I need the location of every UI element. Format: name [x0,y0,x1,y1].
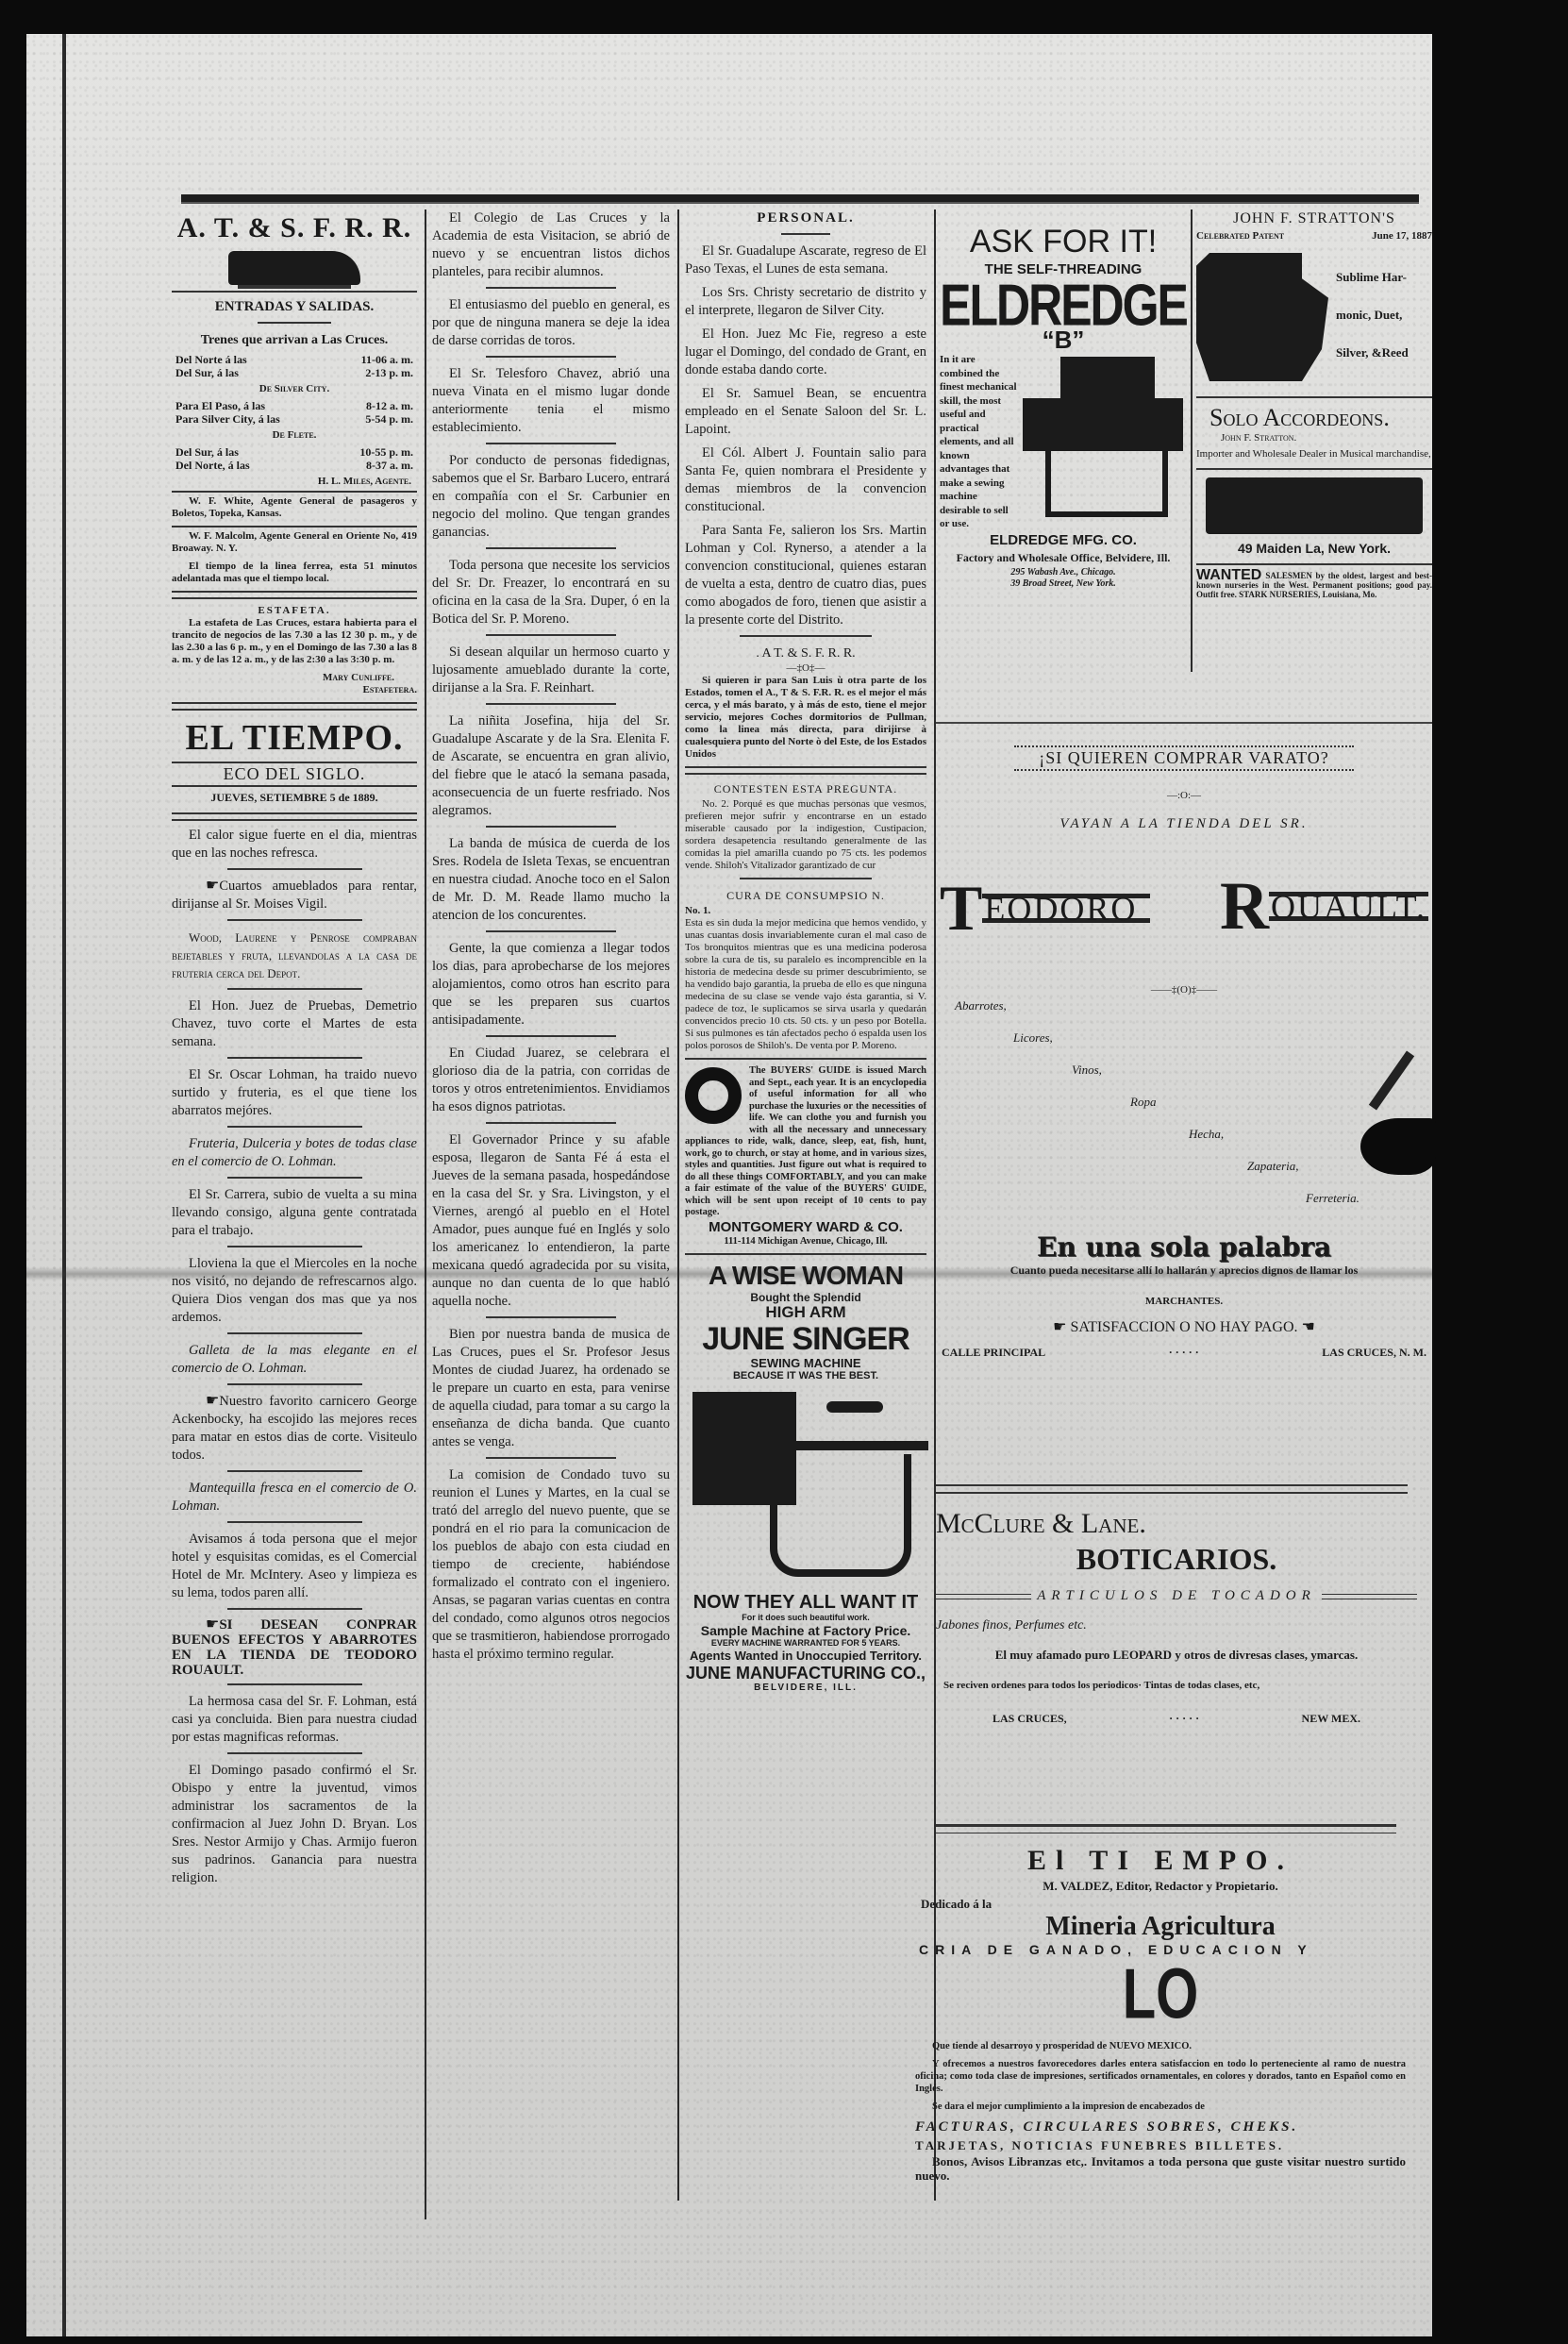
item-separator [227,1608,362,1610]
harmonica-line: monic, Duet, [1336,296,1432,334]
mcclure-state: NEW MEX. [1302,1710,1360,1728]
pointing-hand-icon: ☚ [1302,1320,1315,1333]
item-separator [486,1316,617,1318]
news-item: ☛ SI DESEAN CONPRAR BUENOS EFECTOS Y ABA… [172,1617,417,1678]
satisfaccion: SATISFACCION O NO HAY PAGO. [1070,1319,1297,1335]
news-item: Toda persona que necesite los servicios … [432,557,670,628]
stratton-name: John F. Stratton. [1196,432,1432,444]
june-singer-ad: A WISE WOMAN Bought the Splendid HIGH AR… [685,1261,926,1694]
el-tiempo-ad: El TI EMPO. M. VALDEZ, Editor, Redactor … [915,1845,1406,2188]
eldredge-desc: In it are combined the finest mechanical… [940,353,1019,531]
silver-city-heading: De Silver City. [172,383,417,395]
schedule-time: 8-37 a. m. [366,459,413,472]
schedule-block: Del Norte á las11-06 a. m.Del Sur, á las… [172,353,417,379]
top-rule [181,194,1419,204]
flete-heading: De Flete. [172,429,417,442]
item-separator [486,1457,617,1459]
section-rule [936,1824,1396,1833]
wanted-ad: WANTED SALESMEN by the oldest, largest a… [1196,571,1432,599]
schedule-label: Del Sur, á las [175,366,239,379]
local-news-list: El calor sigue fuerte en el dia, mientra… [172,827,417,1887]
news-item: Para Santa Fe, salieron los Srs. Martin … [685,522,926,629]
section-rule [936,722,1432,724]
news-item: La niñita Josefina, hija del Sr. Guadalu… [432,712,670,820]
column-3: PERSONAL. El Sr. Guadalupe Ascarate, reg… [685,209,926,1694]
item-separator [486,826,617,828]
importer-line: Importer and Wholesale Dealer in Musical… [1196,448,1432,460]
item-separator [486,1122,617,1124]
rouault-rest: OUAULT. [1269,892,1428,921]
marchantes: MARCHANTES. [936,1293,1432,1311]
mineria-agricultura: Mineria Agricultura [915,1913,1406,1941]
vayan-line: VAYAN A LA TIENDA DEL SR. [936,815,1432,833]
trenes-heading: Trenes que arrivan a Las Cruces. [172,331,417,349]
news-item: El Domingo pasado confirmó el Sr. Obispo… [172,1762,417,1887]
eldredge-office: Factory and Wholesale Office, Belvidere,… [940,549,1187,567]
news-list: El Colegio de Las Cruces y la Academia d… [432,209,670,1664]
goods-item: Zapateria, [1247,1157,1299,1175]
news-item: Gente, la que comienza a llegar todos lo… [432,940,670,1030]
entradas-heading: ENTRADAS Y SALIDAS. [172,298,417,316]
wanted-heading: WANTED [1196,571,1261,580]
ornament: —‡O‡— [685,662,926,675]
news-item: El entusiasmo del pueblo en general, es … [432,296,670,350]
news-item: El Governador Prince y su afable esposa,… [432,1131,670,1311]
schedule-label: Para El Paso, á las [175,399,265,412]
tiempo-p1: Que tiende al desarroyo y prosperidad de… [915,2040,1406,2052]
quieren-comprar: ¡SI QUIEREN COMPRAR VARATO? [1014,745,1354,771]
masthead-subtitle: ECO DEL SIGLO. [172,765,417,783]
cuanto-line: Cuanto pueda necesitarse allí lo hallará… [936,1262,1432,1280]
item-separator [227,988,362,990]
item-separator [486,930,617,932]
estafeta-sign: Mary Cunliffe. [172,672,417,684]
news-item: La banda de música de cuerda de los Sres… [432,835,670,925]
news-item: El Sr. Oscar Lohman, ha traido nuevo sur… [172,1066,417,1120]
news-item: Lloviena la que el Miercoles en la noche… [172,1255,417,1327]
rouault-initial: R [1220,871,1269,941]
sewing-machine-image [1023,353,1187,523]
stratton-ad: JOHN F. STRATTON'S Celebrated Patent Jun… [1196,209,1432,599]
news-item: En Ciudad Juarez, se celebrara el glorio… [432,1045,670,1116]
white-notice: W. F. White, Agente General de pasageros… [172,495,417,520]
schedule-row: Del Sur, á las2-13 p. m. [172,366,417,379]
contesten-text: No. 2. Porqué es que muchas personas que… [685,798,926,872]
cura-text: Esta es sin duda la mejor medicina que h… [685,917,926,1052]
item-separator [486,287,617,289]
item-separator [227,1246,362,1247]
column-rule [677,209,679,2201]
tiempo-p2: Y ofrecemos a nuestros favorecedores dar… [915,2058,1406,2095]
schedule-label: Del Sur, á las [175,445,239,459]
personal-list: El Sr. Guadalupe Ascarate, regreso de El… [685,243,926,629]
goods-item: Abarrotes, [955,996,1007,1014]
rouault-ad: ¡SI QUIEREN COMPRAR VARATO? —:O:— VAYAN … [936,736,1432,1362]
singer-line: NOW THEY ALL WANT IT [685,1592,926,1613]
news-item: ☛ Cuartos amueblados para rentar, dirija… [172,878,417,913]
news-item: El Hon. Juez Mc Fie, regreso a este luga… [685,326,926,379]
tiempo-title: El TI EMPO. [915,1845,1406,1877]
item-separator [227,1177,362,1179]
news-item: Bien por nuestra banda de musica de Las … [432,1326,670,1451]
schedule-time: 8-12 a. m. [366,399,413,412]
news-item: El Sr. Telesforo Chavez, abrió una nueva… [432,365,670,437]
o-ring-icon [685,1067,742,1124]
news-item: El calor sigue fuerte en el dia, mientra… [172,827,417,862]
item-separator [227,1470,362,1472]
column-rule [425,209,426,2219]
issue-date: JUEVES, SETIEMBRE 5 de 1889. [172,789,417,807]
teodoro-rest: EODORO [982,894,1150,923]
mcclure-ad: McClure & Lane. BOTICARIOS. ARTICULOS DE… [936,1508,1417,1728]
eldredge-ad: ASK FOR IT! THE SELF-THREADING ELDREDGE … [940,209,1187,590]
item-separator [486,1035,617,1037]
stratton-heading: JOHN F. STRATTON'S [1196,209,1432,227]
goods-item: Hecha, [1189,1125,1224,1143]
schedule-row: Del Norte, á las8-37 a. m. [172,459,417,472]
news-item: El Hon. Juez de Pruebas, Demetrio Chavez… [172,997,417,1051]
news-item: El Sr. Carrera, subio de vuelta a su min… [172,1186,417,1240]
ask-for-it: ASK FOR IT! [940,223,1187,260]
item-separator [486,443,617,444]
singer-line: Agents Wanted in Unoccupied Territory. [685,1649,926,1664]
tiempo-p3: Se dara el mejor cumplimiento a la impre… [915,2101,1406,2113]
news-item: Fruteria, Dulceria y botes de todas clas… [172,1135,417,1171]
item-separator [227,1332,362,1334]
news-item: Galleta de la mas elegante en el comerci… [172,1342,417,1378]
lo-text: LO [915,1949,1406,2042]
news-item: El Sr. Samuel Bean, se encuentra emplead… [685,385,926,439]
buyers-address: 111-114 Michigan Avenue, Chicago, Ill. [685,1236,926,1248]
rouault-city: LAS CRUCES, N. M. [1322,1344,1426,1362]
ordenes-line: Se reciven ordenes para todos los period… [936,1677,1417,1695]
malcolm-notice: W. F. Malcolm, Agente General en Oriente… [172,530,417,555]
goods-item: Licores, [1013,1029,1053,1046]
buyers-guide-ad: The BUYERS' GUIDE is issued March and Se… [685,1065,926,1247]
news-item: Por conducto de personas fidedignas, sab… [432,452,670,542]
facturas-line: FACTURAS, CIRCULARES SOBRES, CHEKS. [915,2118,1406,2136]
ornament: —:O:— [936,790,1432,802]
news-item: Avisamos á toda persona que el mejor hot… [172,1531,417,1602]
schedule-label: Del Norte á las [175,353,247,366]
mcclure-city: LAS CRUCES, [993,1710,1067,1728]
accordion-image [1196,253,1328,381]
train-icon [228,251,360,285]
pointing-hand-icon: ☛ [1053,1320,1066,1333]
news-item: ☛ Nuestro favorito carnicero George Acke… [172,1393,417,1465]
pointing-hand-icon: ☛ [189,879,219,892]
goods-item: Ferreteria. [1306,1189,1359,1207]
solo-accordeons: Solo Accordeons. [1196,404,1432,432]
atsf2-heading: . A T. & S. F. R. R. [685,645,926,662]
news-item: Wood, Laurene y Penrose compraban bejeta… [172,929,417,982]
item-separator [227,1383,362,1385]
singer-line: EVERY MACHINE WARRANTED FOR 5 YEARS. [685,1638,926,1649]
personal-heading: PERSONAL. [685,209,926,227]
agent-name: H. L. Miles, Agente. [172,476,417,488]
masthead: EL TIEMPO. [172,716,417,760]
tiempo-linea: El tiempo de la linea ferrea, esta 51 mi… [172,561,417,585]
schedule-label: Del Norte, á las [175,459,250,472]
item-separator [486,703,617,705]
patent-date: June 17, 1887 [1372,227,1432,245]
eldredge-addr1: 295 Wabash Ave., Chicago. [940,567,1187,578]
slogan: En una sola palabra [936,1238,1432,1256]
mcclure-name: McClure & Lane. [936,1508,1417,1540]
news-item: El Colegio de Las Cruces y la Academia d… [432,209,670,281]
schedule-row: Para Silver City, á las5-54 p. m. [172,412,417,426]
cura-number: No. 1. [685,905,926,917]
section-rule [936,1484,1408,1494]
item-separator [227,1126,362,1128]
goods-item: Ropa [1130,1093,1156,1111]
column-1: A. T. & S. F. R. R. ENTRADAS Y SALIDAS. … [172,209,417,1893]
singer-line: For it does such beautiful work. [685,1613,926,1623]
schedule-row: Del Sur, á las10-55 p. m. [172,445,417,459]
schedule-time: 10-55 p. m. [359,445,413,459]
estafeta-text: La estafeta de Las Cruces, estara habier… [172,617,417,666]
ornament: ——‡(O)‡—— [936,984,1432,996]
schedule-time: 5-54 p. m. [365,412,413,426]
dot-leader: · · · · · [1169,1710,1199,1728]
schedule-block: Del Sur, á las10-55 p. m.Del Norte, á la… [172,445,417,472]
news-item: Mantequilla fresca en el comercio de O. … [172,1480,417,1515]
page-fold-line [62,34,66,2336]
contesten-heading: CONTESTEN ESTA PREGUNTA. [685,780,926,798]
buyers-company: MONTGOMERY WARD & CO. [685,1219,926,1236]
column-rule [1191,209,1193,672]
harmonica-line: Silver, &Reed [1336,334,1432,372]
singer-brand: JUNE SINGER [685,1321,926,1357]
eldredge-company: ELDREDGE MFG. CO. [940,531,1187,549]
schedule-label: Para Silver City, á las [175,412,280,426]
atsf2-text: Si quieren ir para San Luis ù otra parte… [685,675,926,761]
news-item: La comision de Condado tuvo su reunion e… [432,1466,670,1664]
boticarios: BOTICARIOS. [936,1540,1417,1578]
dedicado: Dedicado á la [915,1895,1406,1913]
goods-list: Abarrotes,Licores,Vinos,RopaHecha,Zapate… [936,996,1432,1232]
schedule-time: 2-13 p. m. [365,366,413,379]
singer-line: HIGH ARM [685,1304,926,1321]
singer-headline: A WISE WOMAN [685,1261,926,1291]
pointing-hand-icon: ☛ [189,1394,219,1407]
articulos-tocador: ARTICULOS DE TOCADOR [1031,1587,1322,1605]
schedule-row: Del Norte á las11-06 a. m. [172,353,417,366]
tiempo-editor: M. VALDEZ, Editor, Redactor y Propietari… [915,1877,1406,1895]
estafeta-role: Estafetera. [172,684,417,696]
estafeta-title: ESTAFETA. [172,605,417,617]
eldredge-brand: ELDREDGE [940,272,1187,338]
tarjetas-line: TARJETAS, NOTICIAS FUNEBRES BILLETES. [915,2136,1406,2154]
jabones: Jabones finos, Perfumes etc. [936,1616,1417,1634]
pointing-hand-icon: ☛ [189,1617,219,1631]
atsf-title: A. T. & S. F. R. R. [172,209,417,247]
singer-line: Sample Machine at Factory Price. [685,1623,926,1638]
tiempo-p4: Bonos, Avisos Libranzas etc,. Invitamos … [915,2154,1406,2183]
cura-heading: CURA DE CONSUMPSIO N. [685,887,926,905]
harmonica-image [1206,477,1423,534]
singer-line: SEWING MACHINE [685,1357,926,1370]
item-separator [486,547,617,549]
schedule-time: 11-06 a. m. [361,353,413,366]
news-item: El Cól. Albert J. Fountain salio para Sa… [685,444,926,516]
dot-leader: · · · · · [1169,1344,1199,1362]
item-separator [227,919,362,921]
item-separator [227,1752,362,1754]
singer-line: Bought the Splendid [685,1291,926,1304]
goods-item: Vinos, [1072,1061,1102,1079]
column-2: El Colegio de Las Cruces y la Academia d… [432,209,670,1669]
item-separator [486,356,617,358]
news-item: Los Srs. Christy secretario de distrito … [685,284,926,320]
singer-company: JUNE MANUFACTURING CO., [685,1664,926,1683]
stratton-address: 49 Maiden La, New York. [1196,540,1432,558]
harmonica-line: Sublime Har- [1336,259,1432,296]
schedule-block: Para El Paso, á las8-12 a. m.Para Silver… [172,399,417,426]
item-separator [227,1057,362,1059]
item-separator [486,634,617,636]
singer-line: BECAUSE IT WAS THE BEST. [685,1370,926,1382]
celebrated-patent: Celebrated Patent [1196,227,1284,245]
sewing-machine-image [685,1388,926,1586]
schedule-row: Para El Paso, á las8-12 a. m. [172,399,417,412]
singer-city: BELVIDERE, ILL. [685,1683,926,1694]
item-separator [227,1683,362,1685]
news-item: La hermosa casa del Sr. F. Lohman, está … [172,1693,417,1747]
eldredge-addr2: 39 Broad Street, New York. [940,578,1187,590]
torn-paper-damage [1360,1118,1436,1175]
leopard-line: El muy afamado puro LEOPARD y otros de d… [936,1646,1417,1664]
news-item: Si desean alquilar un hermoso cuarto y l… [432,644,670,697]
calle-principal: CALLE PRINCIPAL [942,1344,1045,1362]
item-separator [227,1521,362,1523]
item-separator [227,868,362,870]
teodoro-initial: T [940,875,982,941]
news-item: El Sr. Guadalupe Ascarate, regreso de El… [685,243,926,278]
